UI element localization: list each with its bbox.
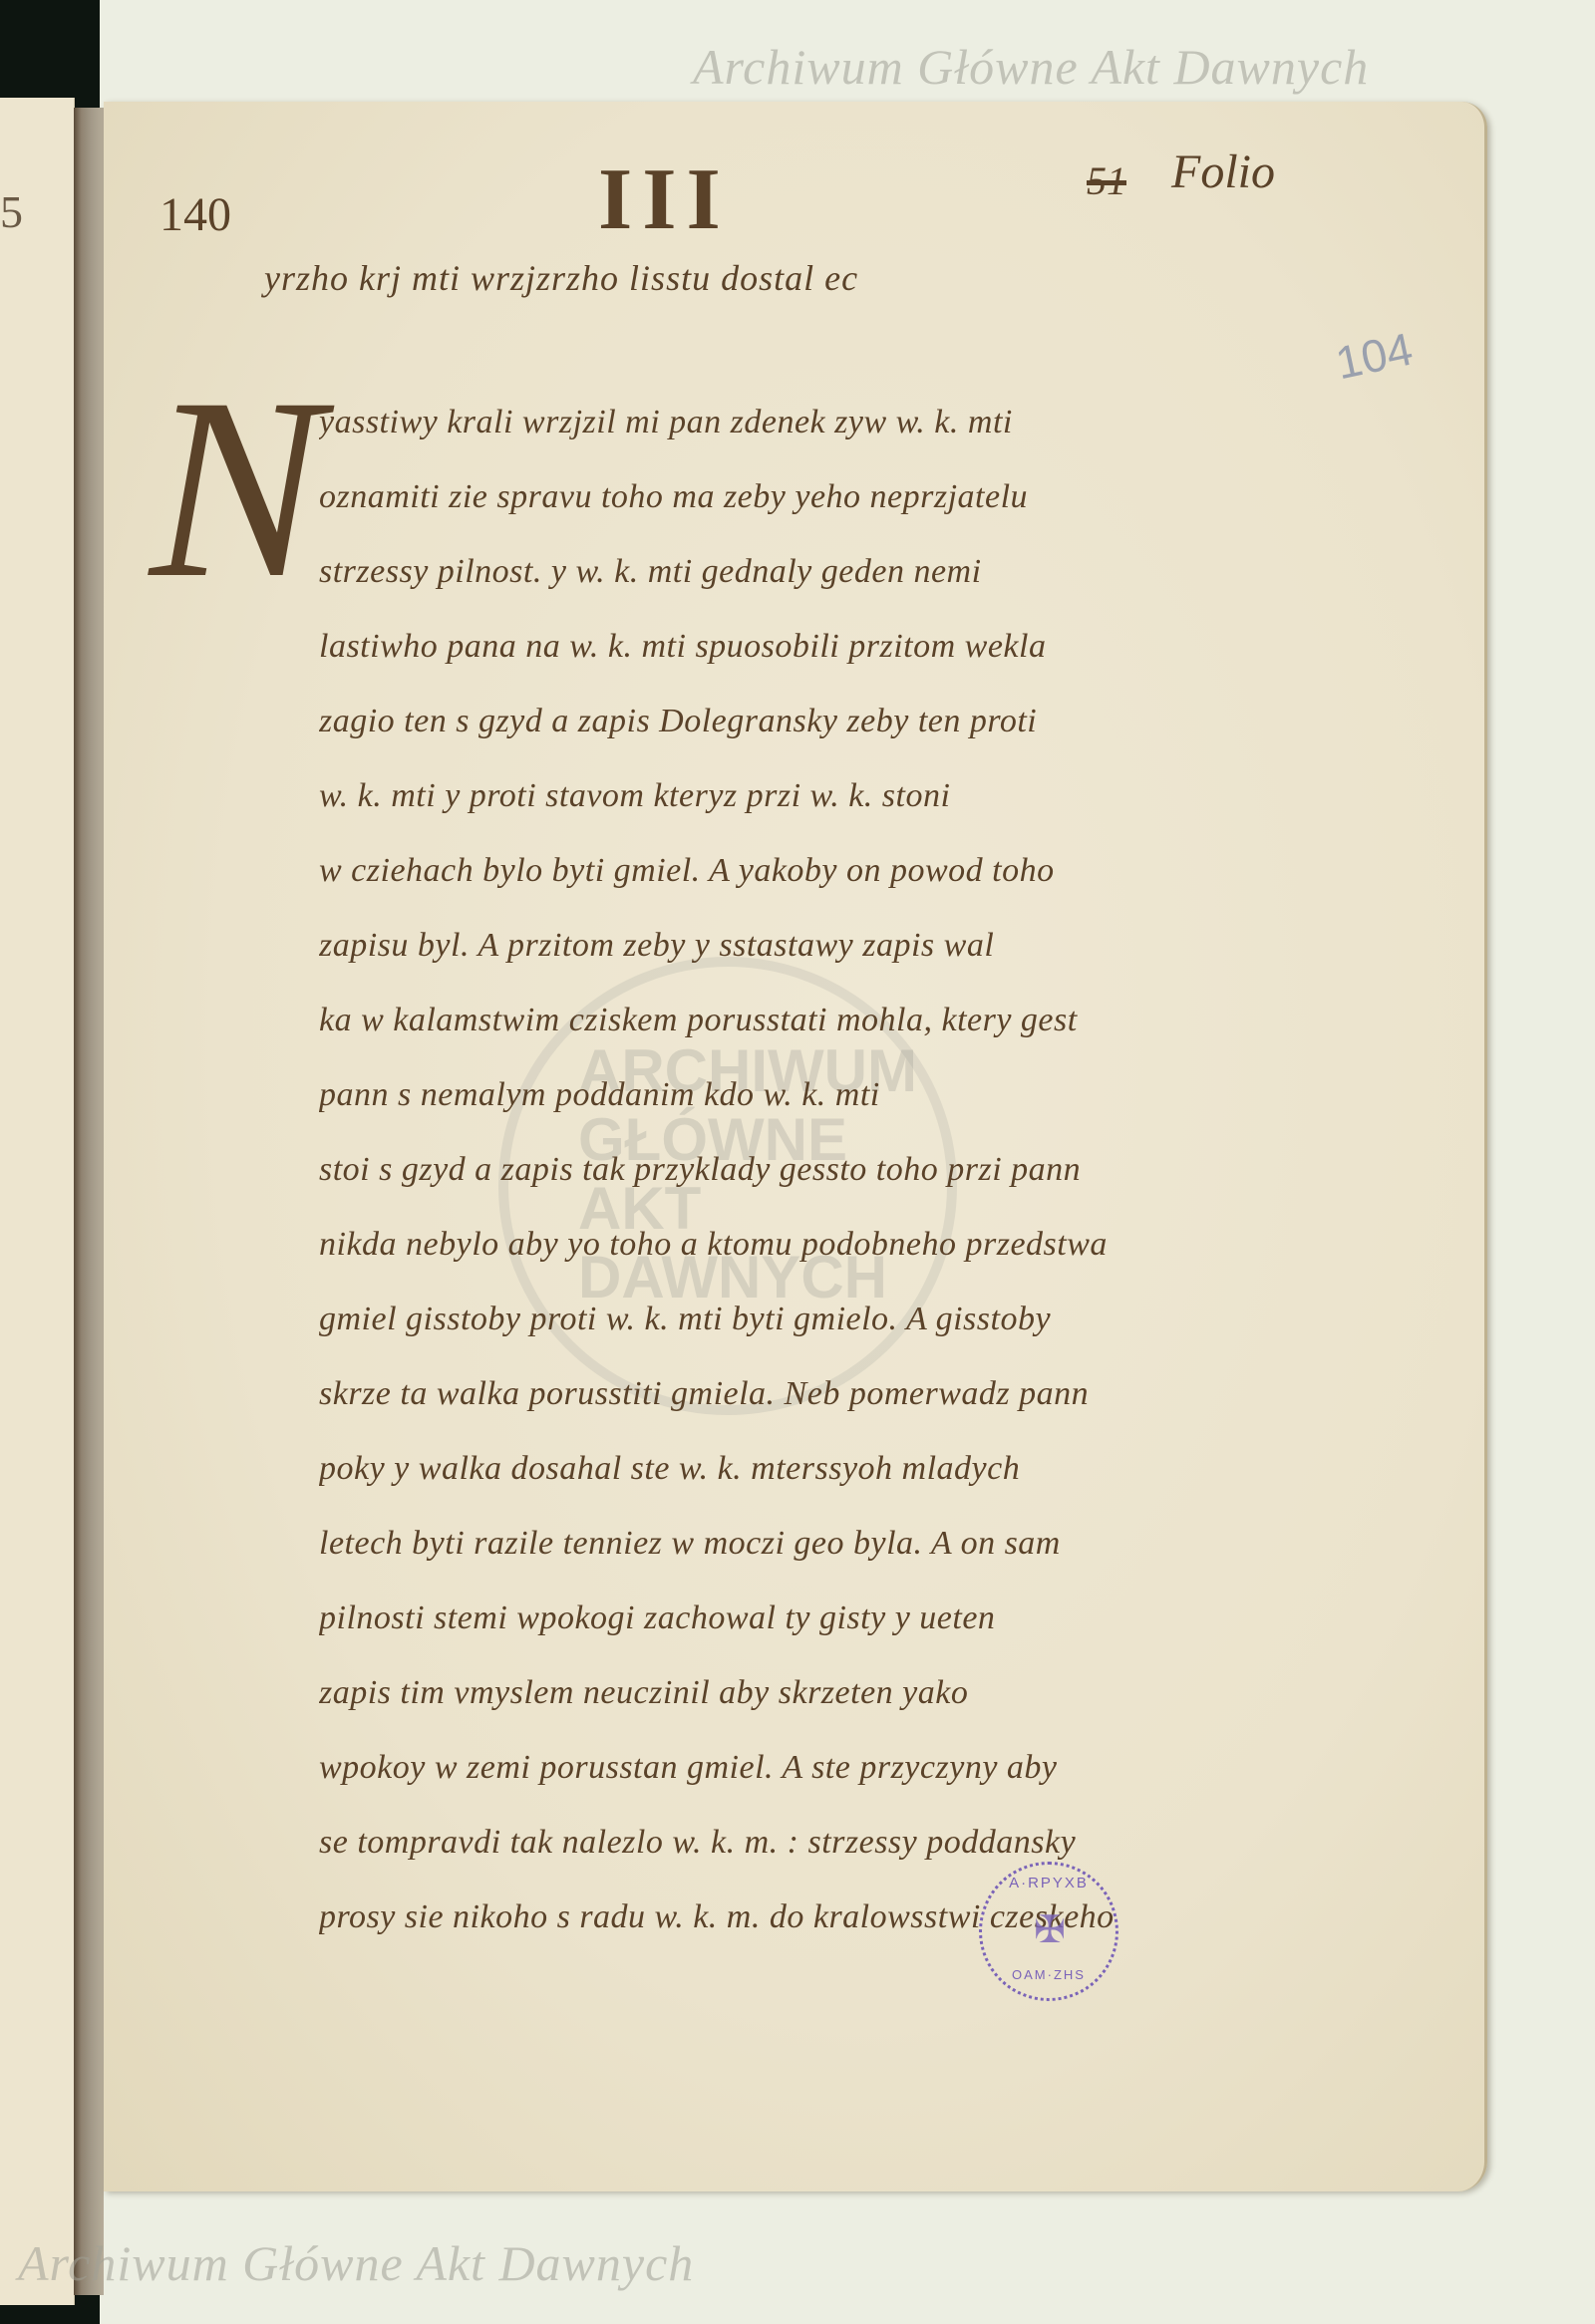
text-line: zapis tim vmyslem neuczinil aby skrzeten… [319, 1674, 1396, 1749]
left-page-mark: 5 [0, 185, 23, 238]
text-line: stoi s gzyd a zapis tak przyklady gessto… [319, 1151, 1396, 1226]
text-line: zagio ten s gzyd a zapis Dolegransky zeb… [319, 703, 1396, 777]
archive-watermark-top: Archiwum Główne Akt Dawnych [693, 38, 1369, 96]
text-line: nikda nebylo aby yo toho a ktomu podobne… [319, 1226, 1396, 1301]
text-line: oznamiti zie spravu toho ma zeby yeho ne… [319, 478, 1396, 553]
left-page-edge: 5 [0, 98, 75, 2305]
archive-watermark-bottom: Archiwum Główne Akt Dawnych [18, 2234, 694, 2292]
text-line: w. k. mti y proti stavom kteryz przi w. … [319, 777, 1396, 852]
text-line: poky y walka dosahal ste w. k. mterssyoh… [319, 1450, 1396, 1525]
text-line: letech byti razile tenniez w moczi geo b… [319, 1525, 1396, 1599]
struck-old-folio: 51 [1087, 157, 1126, 204]
tally-marks: III [598, 149, 731, 250]
text-line: pann s nemalym poddanim kdo w. k. mti [319, 1076, 1396, 1151]
book-gutter [74, 108, 104, 2295]
text-line: w cziehach bylo byti gmiel. A yakoby on … [319, 852, 1396, 927]
stamp-top-text: A·RPYXB [982, 1875, 1116, 1891]
text-line: se tompravdi tak nalezlo w. k. m. : strz… [319, 1824, 1396, 1898]
text-line: prosy sie nikoho s radu w. k. m. do kral… [319, 1898, 1396, 1973]
text-line: strzessy pilnost. y w. k. mti gednaly ge… [319, 553, 1396, 628]
text-line: wpokoy w zemi porusstan gmiel. A ste prz… [319, 1749, 1396, 1824]
manuscript-body: yasstiwy krali wrzjzil mi pan zdenek zyw… [319, 404, 1396, 1973]
text-line: ka w kalamstwim cziskem porusstati mohla… [319, 1002, 1396, 1076]
stamp-bottom-text: OAM·ZHS [982, 1967, 1116, 1982]
text-line: gmiel gisstoby proti w. k. mti byti gmie… [319, 1301, 1396, 1375]
folio-label: Folio [1171, 145, 1275, 199]
decorated-initial: N [150, 359, 322, 618]
address-line: yrzho krj mti wrzjzrzho lisstu dostal ec [264, 257, 858, 299]
eagle-emblem-icon: ✠ [1028, 1906, 1072, 1954]
library-stamp: A·RPYXB ✠ OAM·ZHS [979, 1862, 1118, 2001]
folio-number: 140 [159, 187, 231, 242]
text-line: skrze ta walka porusstiti gmiela. Neb po… [319, 1375, 1396, 1450]
text-line: pilnosti stemi wpokogi zachowal ty gisty… [319, 1599, 1396, 1674]
text-line: yasstiwy krali wrzjzil mi pan zdenek zyw… [319, 404, 1396, 478]
text-line: zapisu byl. A przitom zeby y sstastawy z… [319, 927, 1396, 1002]
text-line: lastiwho pana na w. k. mti spuosobili pr… [319, 628, 1396, 703]
